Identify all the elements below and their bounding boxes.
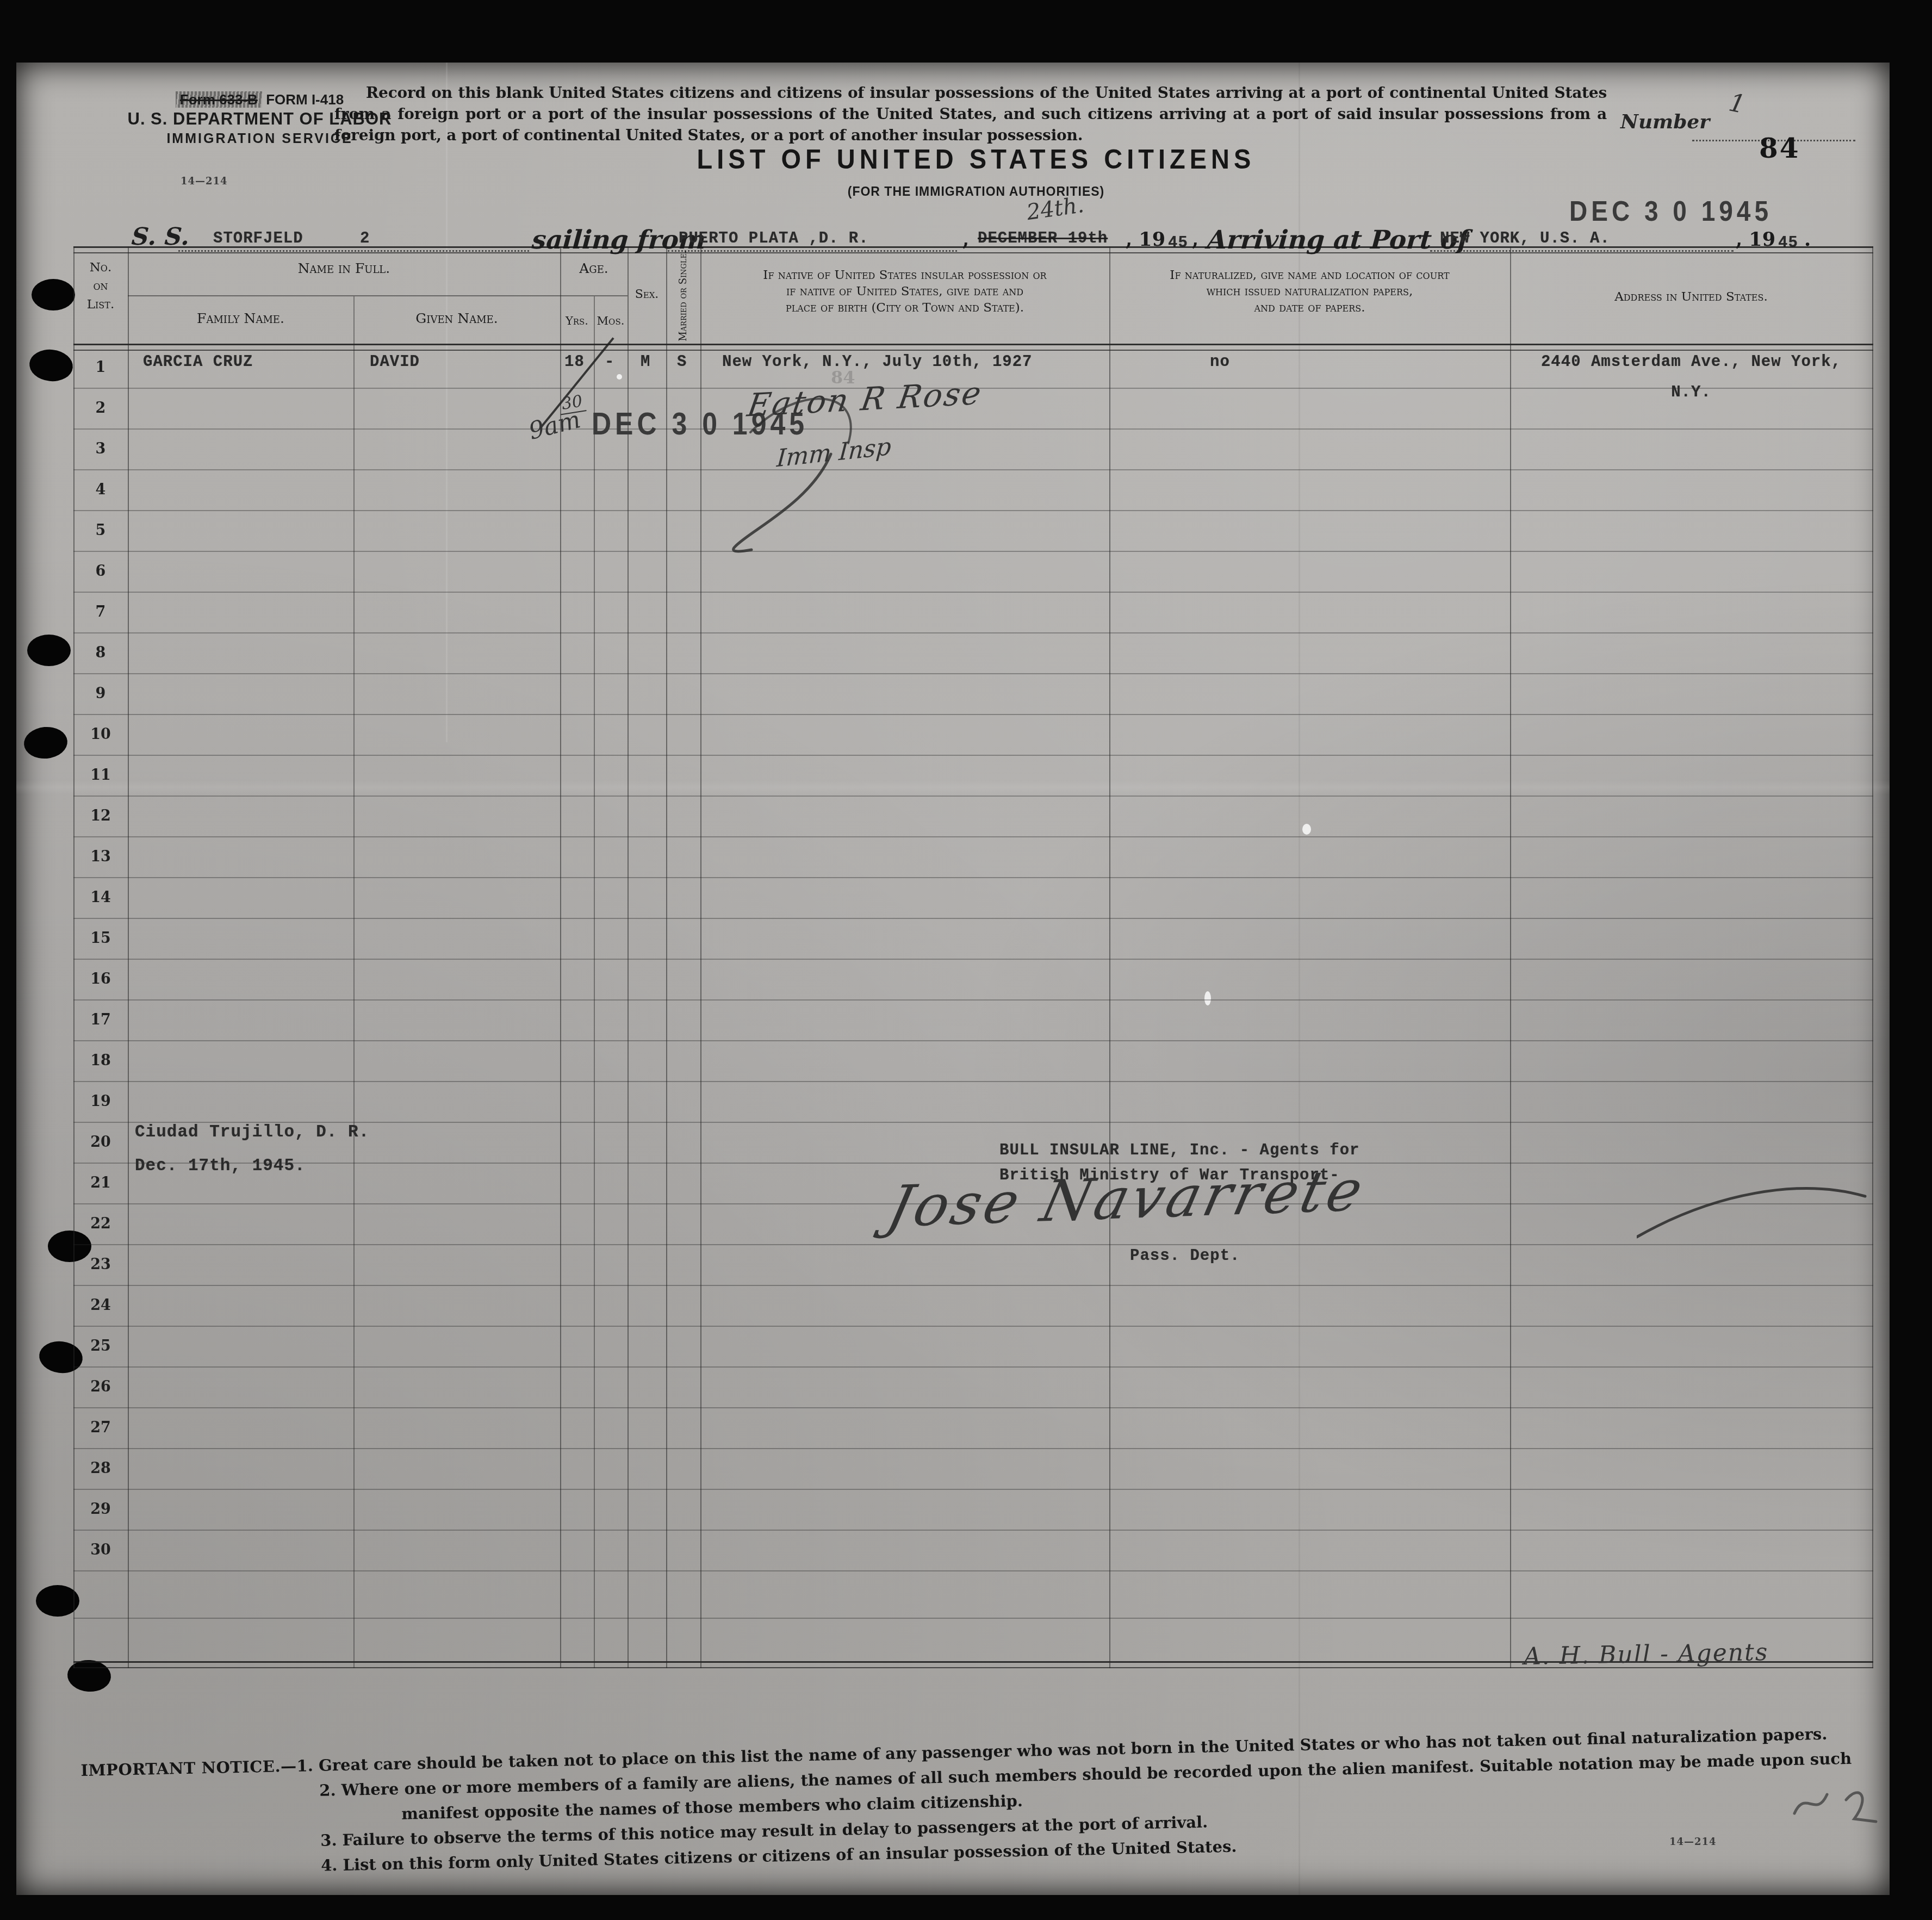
header-birth: If native of United States insular posse… (700, 267, 1109, 316)
row-number: 12 (73, 797, 128, 824)
row-number: 1 (73, 348, 128, 376)
header-naturalized: If naturalized, give name and location o… (1109, 267, 1510, 316)
header-mid-rule (128, 295, 628, 296)
row-number: 21 (73, 1164, 128, 1191)
row-number: 8 (73, 633, 128, 661)
cell-family-name: GARCIA CRUZ (143, 353, 253, 371)
row-number: 20 (73, 1123, 128, 1151)
row-number: 13 (73, 837, 128, 865)
table-row: 23 (73, 1245, 1873, 1286)
hole-punch (28, 347, 74, 383)
table-top-rule (73, 246, 1873, 253)
form-number: FORM I-418 (266, 91, 344, 108)
cell-age-yrs: 18 (564, 353, 585, 371)
table-row: 13 (73, 837, 1873, 878)
hole-punch (32, 279, 75, 310)
table-row: 8 (73, 633, 1873, 674)
header-family-name: Family Name. (128, 310, 353, 327)
table-row: 17 (73, 1001, 1873, 1041)
table-row: 6 (73, 552, 1873, 593)
number-label: Number (1620, 110, 1710, 133)
table-row: 11 (73, 756, 1873, 797)
row-number: 2 (73, 389, 128, 417)
header-married-single-label: Married or Single. (675, 250, 692, 341)
print-code-bottom: 14—214 (1669, 1836, 1717, 1848)
header-given-name: Given Name. (353, 310, 560, 327)
row-number: 9 (73, 674, 128, 702)
table-row: 19 (73, 1082, 1873, 1123)
cell-address-line1: 2440 Amsterdam Ave., New York, (1510, 353, 1872, 371)
row-number: 26 (73, 1368, 128, 1395)
print-code: 14—214 (181, 176, 228, 187)
intro-paragraph: Record on this blank United States citiz… (334, 82, 1607, 146)
table-row: 7 (73, 593, 1873, 633)
form-number-struck: Form 633-B (176, 91, 262, 108)
row-number: 25 (73, 1327, 128, 1354)
row-number: 11 (73, 756, 128, 784)
agent-signature-flourish (1637, 1166, 1871, 1259)
arrival-date-stamp: DEC 3 0 1945 (1569, 194, 1772, 228)
row-number: 16 (73, 960, 128, 987)
table-row: 16 (73, 960, 1873, 1001)
row-number: 30 (73, 1531, 128, 1558)
row-number: 24 (73, 1286, 128, 1314)
hole-punch (36, 1585, 79, 1617)
header-mos: Mos. (594, 313, 628, 329)
table-row: 25 (73, 1327, 1873, 1368)
row-number: 28 (73, 1449, 128, 1477)
table-body: 1234567891011121314151617181920212223242… (73, 348, 1873, 1571)
row-number: 14 (73, 878, 128, 906)
table-row: 4 (73, 470, 1873, 511)
arrival-port: NEW YORK, U.S. A. (1440, 229, 1610, 247)
issue-place: Ciudad Trujillo, D. R. (135, 1123, 369, 1142)
issue-date: Dec. 17th, 1945. (135, 1157, 306, 1176)
table-row: 28 (73, 1449, 1873, 1490)
bottom-agent-note: A. H. Bull - Agents (1524, 1638, 1769, 1670)
row-number: 6 (73, 552, 128, 580)
table-row: 24 (73, 1286, 1873, 1327)
cell-age-mos: - (605, 353, 614, 371)
table-row: 27 (73, 1408, 1873, 1449)
row-number: 3 (73, 430, 128, 457)
page-number-stamp: 84 (1759, 132, 1800, 164)
row-number: 4 (73, 470, 128, 498)
row-number: 5 (73, 511, 128, 539)
table-row: 29 (73, 1490, 1873, 1531)
table-row: 26 (73, 1368, 1873, 1408)
number-value-handwritten: 1 (1726, 88, 1748, 120)
row-number: 18 (73, 1041, 128, 1069)
notice-num: 4. (321, 1856, 338, 1875)
important-notice: IMPORTANT NOTICE.—1. Great care should b… (80, 1721, 1861, 1883)
row-number: 22 (73, 1204, 128, 1232)
row-number: 19 (73, 1082, 128, 1110)
row-number: 27 (73, 1408, 128, 1436)
voyage-number: 2 (360, 229, 370, 247)
row-number: 15 (73, 919, 128, 947)
notice-num: 1. (296, 1756, 313, 1775)
vessel-name: STORFJELD (213, 229, 303, 247)
table-row: 5 (73, 511, 1873, 552)
row-number: 17 (73, 1001, 128, 1028)
cell-given-name: DAVID (370, 353, 420, 371)
agent-dept: Pass. Dept. (1130, 1247, 1240, 1265)
table-row: 30 (73, 1531, 1873, 1571)
header-address: Address in United States. (1510, 289, 1872, 305)
notice-num: 3. (320, 1831, 337, 1850)
manifest-table: No. on List. Name in Full. Family Name. … (73, 246, 1873, 1668)
notice-label: IMPORTANT NOTICE.— (80, 1757, 297, 1780)
cell-sex: M (641, 353, 650, 371)
bleed-through-number: 84 (831, 367, 855, 388)
scanned-manifest-page: Form 633-B FORM I-418 U. S. DEPARTMENT O… (0, 0, 1932, 1920)
row-number: 29 (73, 1490, 128, 1518)
page-title: LIST OF UNITED STATES CITIZENS (560, 143, 1392, 175)
row-number: 10 (73, 715, 128, 743)
page-subtitle: (FOR THE IMMIGRATION AUTHORITIES) (560, 184, 1392, 199)
document-paper: Form 633-B FORM I-418 U. S. DEPARTMENT O… (16, 63, 1890, 1895)
notice-num: 2. (319, 1781, 336, 1800)
agent-company-line1: BULL INSULAR LINE, Inc. - Agents for (999, 1141, 1360, 1159)
hole-punch (23, 725, 69, 761)
header-name-in-full: Name in Full. (128, 260, 560, 277)
sailing-date-struck: DECEMBER 19th (978, 229, 1108, 247)
row-number: 23 (73, 1245, 128, 1273)
table-row: 9 (73, 674, 1873, 715)
table-row: 14 (73, 878, 1873, 919)
table-row-unnumbered (73, 1571, 1873, 1619)
cell-naturalized: no (1210, 353, 1230, 371)
table-row: 15 (73, 919, 1873, 960)
row-number: 7 (73, 593, 128, 620)
table-row: 10 (73, 715, 1873, 756)
header-age: Age. (560, 260, 628, 277)
table-row: 18 (73, 1041, 1873, 1082)
cell-address-line2: N.Y. (1510, 383, 1872, 401)
header-no-on-list: No. on List. (73, 258, 128, 314)
table-row: 12 (73, 797, 1873, 837)
hole-punch (27, 635, 71, 666)
header-yrs: Yrs. (560, 313, 594, 329)
pencil-squiggle (1786, 1770, 1890, 1851)
table-row: 3 (73, 430, 1873, 470)
